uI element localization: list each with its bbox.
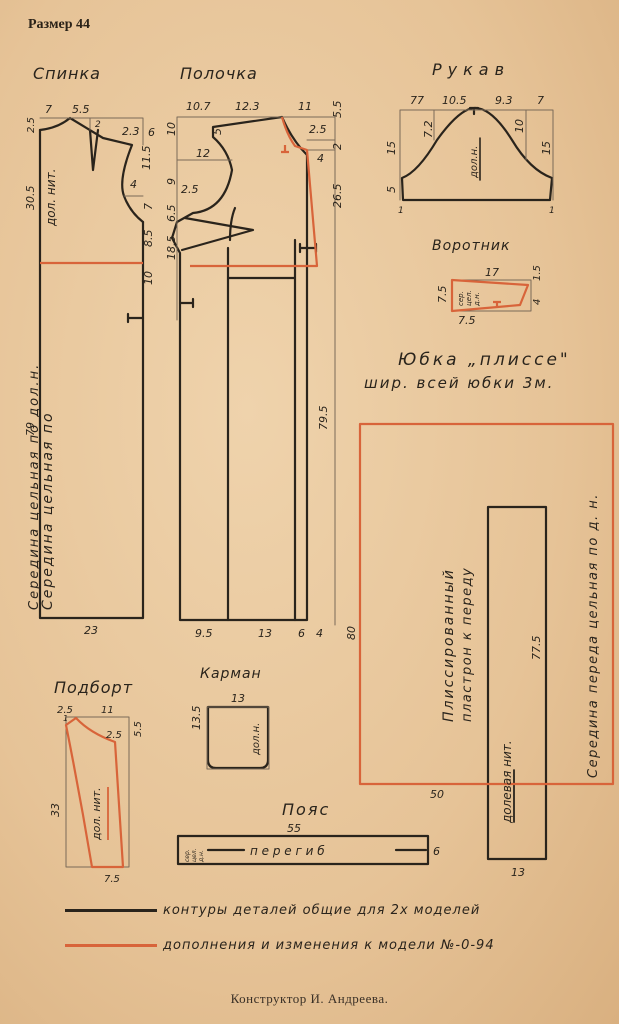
svg-text:50: 50 (430, 788, 444, 801)
svg-text:13: 13 (258, 627, 272, 640)
svg-text:12.3: 12.3 (235, 100, 260, 113)
svg-text:5.5: 5.5 (331, 101, 344, 119)
svg-text:д.н.: д.н. (198, 850, 205, 863)
svg-text:5.5: 5.5 (72, 103, 90, 116)
svg-text:цел.: цел. (465, 290, 473, 306)
svg-text:10: 10 (513, 119, 526, 133)
svg-text:цел.: цел. (191, 848, 198, 862)
svg-text:5: 5 (385, 186, 398, 193)
svg-text:55: 55 (287, 822, 301, 835)
svg-text:1: 1 (549, 206, 555, 216)
svg-text:2.5: 2.5 (26, 117, 37, 133)
svg-text:30.5: 30.5 (24, 186, 37, 211)
svg-text:дол.н.: дол.н. (469, 146, 480, 179)
svg-text:11: 11 (101, 705, 114, 716)
svg-text:7.5: 7.5 (458, 314, 476, 327)
svg-text:7: 7 (45, 103, 52, 116)
svg-text:7.2: 7.2 (422, 121, 435, 139)
legend-orange-line (65, 944, 157, 947)
svg-text:д.н.: д.н. (473, 292, 481, 307)
svg-text:4: 4 (317, 152, 324, 165)
svg-text:13.5: 13.5 (190, 706, 203, 731)
svg-text:77: 77 (410, 94, 424, 107)
svg-text:11.5: 11.5 (140, 146, 153, 171)
svg-text:5: 5 (211, 128, 224, 135)
svg-text:6: 6 (298, 627, 305, 640)
svg-text:12: 12 (196, 147, 210, 160)
svg-text:17: 17 (485, 266, 499, 279)
svg-text:7.5: 7.5 (436, 286, 449, 304)
svg-text:дол.н.: дол.н. (251, 723, 262, 756)
svg-text:11: 11 (298, 100, 312, 113)
svg-text:5.5: 5.5 (133, 721, 144, 737)
svg-text:6.5: 6.5 (165, 205, 178, 223)
svg-text:долевая нит.: долевая нит. (500, 740, 514, 824)
svg-text:2.5: 2.5 (181, 183, 199, 196)
svg-text:13: 13 (511, 866, 525, 879)
svg-text:дол. нит.: дол. нит. (44, 169, 58, 227)
svg-text:сер.: сер. (184, 849, 191, 862)
svg-text:Плиссированный: Плиссированный (441, 568, 457, 722)
svg-text:7: 7 (142, 203, 155, 210)
svg-text:13: 13 (231, 692, 245, 705)
svg-text:9: 9 (165, 178, 178, 185)
svg-text:77.5: 77.5 (530, 636, 543, 661)
legend-label: дополнения и изменения к модели №-0-94 (163, 938, 495, 953)
legend-black-line (65, 909, 157, 912)
svg-text:пластрон к переду: пластрон к переду (460, 567, 475, 722)
legend-item-contours: контуры деталей общие для 2х моделей (65, 900, 480, 920)
svg-text:23: 23 (84, 624, 98, 637)
svg-text:дол. нит.: дол. нит. (90, 787, 103, 841)
svg-text:10.5: 10.5 (442, 94, 467, 107)
pattern-drawing: 7 5.5 2 2.3 6 11.5 4 7 8.5 10 2.5 30.5 7… (0, 0, 619, 1024)
svg-text:15: 15 (540, 141, 553, 155)
svg-text:2: 2 (331, 143, 344, 150)
svg-text:2.3: 2.3 (122, 125, 140, 138)
svg-text:10.7: 10.7 (186, 100, 211, 113)
svg-text:сер.: сер. (457, 291, 465, 306)
svg-text:9.5: 9.5 (195, 627, 213, 640)
svg-text:п е р е г и б: п е р е г и б (250, 844, 325, 858)
svg-text:4: 4 (130, 178, 137, 191)
svg-text:2: 2 (95, 120, 101, 130)
svg-text:15: 15 (385, 141, 398, 155)
svg-text:Середина переда цельная по д.: Середина переда цельная по д. н. (586, 493, 601, 778)
svg-text:8.5: 8.5 (142, 230, 155, 248)
svg-text:6: 6 (433, 845, 440, 858)
svg-text:6: 6 (148, 126, 155, 139)
svg-text:2.5: 2.5 (309, 123, 327, 136)
svg-text:10: 10 (142, 271, 155, 285)
svg-text:18.5: 18.5 (165, 236, 178, 261)
legend-label: контуры деталей общие для 2х моделей (163, 903, 480, 918)
svg-text:1.5: 1.5 (532, 265, 543, 281)
svg-text:7.5: 7.5 (104, 874, 120, 885)
author-credit: Конструктор И. Андреева. (0, 991, 619, 1007)
svg-text:1: 1 (63, 714, 68, 723)
svg-text:4: 4 (532, 299, 543, 305)
plastron-piece (488, 507, 546, 859)
svg-text:1: 1 (398, 206, 404, 216)
svg-text:79.5: 79.5 (317, 406, 330, 431)
svg-text:80: 80 (345, 626, 358, 640)
svg-text:Середина цельная по дол.н.: Середина цельная по дол.н. (27, 363, 42, 610)
svg-text:26.5: 26.5 (331, 184, 344, 209)
svg-text:2.5: 2.5 (106, 730, 122, 741)
svg-text:7: 7 (537, 94, 544, 107)
svg-text:33: 33 (49, 803, 62, 817)
svg-text:9.3: 9.3 (495, 94, 513, 107)
legend-item-modifications: дополнения и изменения к модели №-0-94 (65, 935, 495, 955)
svg-text:10: 10 (165, 122, 178, 136)
svg-text:Середина цельная по: Середина цельная по (40, 411, 56, 610)
svg-text:4: 4 (316, 627, 323, 640)
